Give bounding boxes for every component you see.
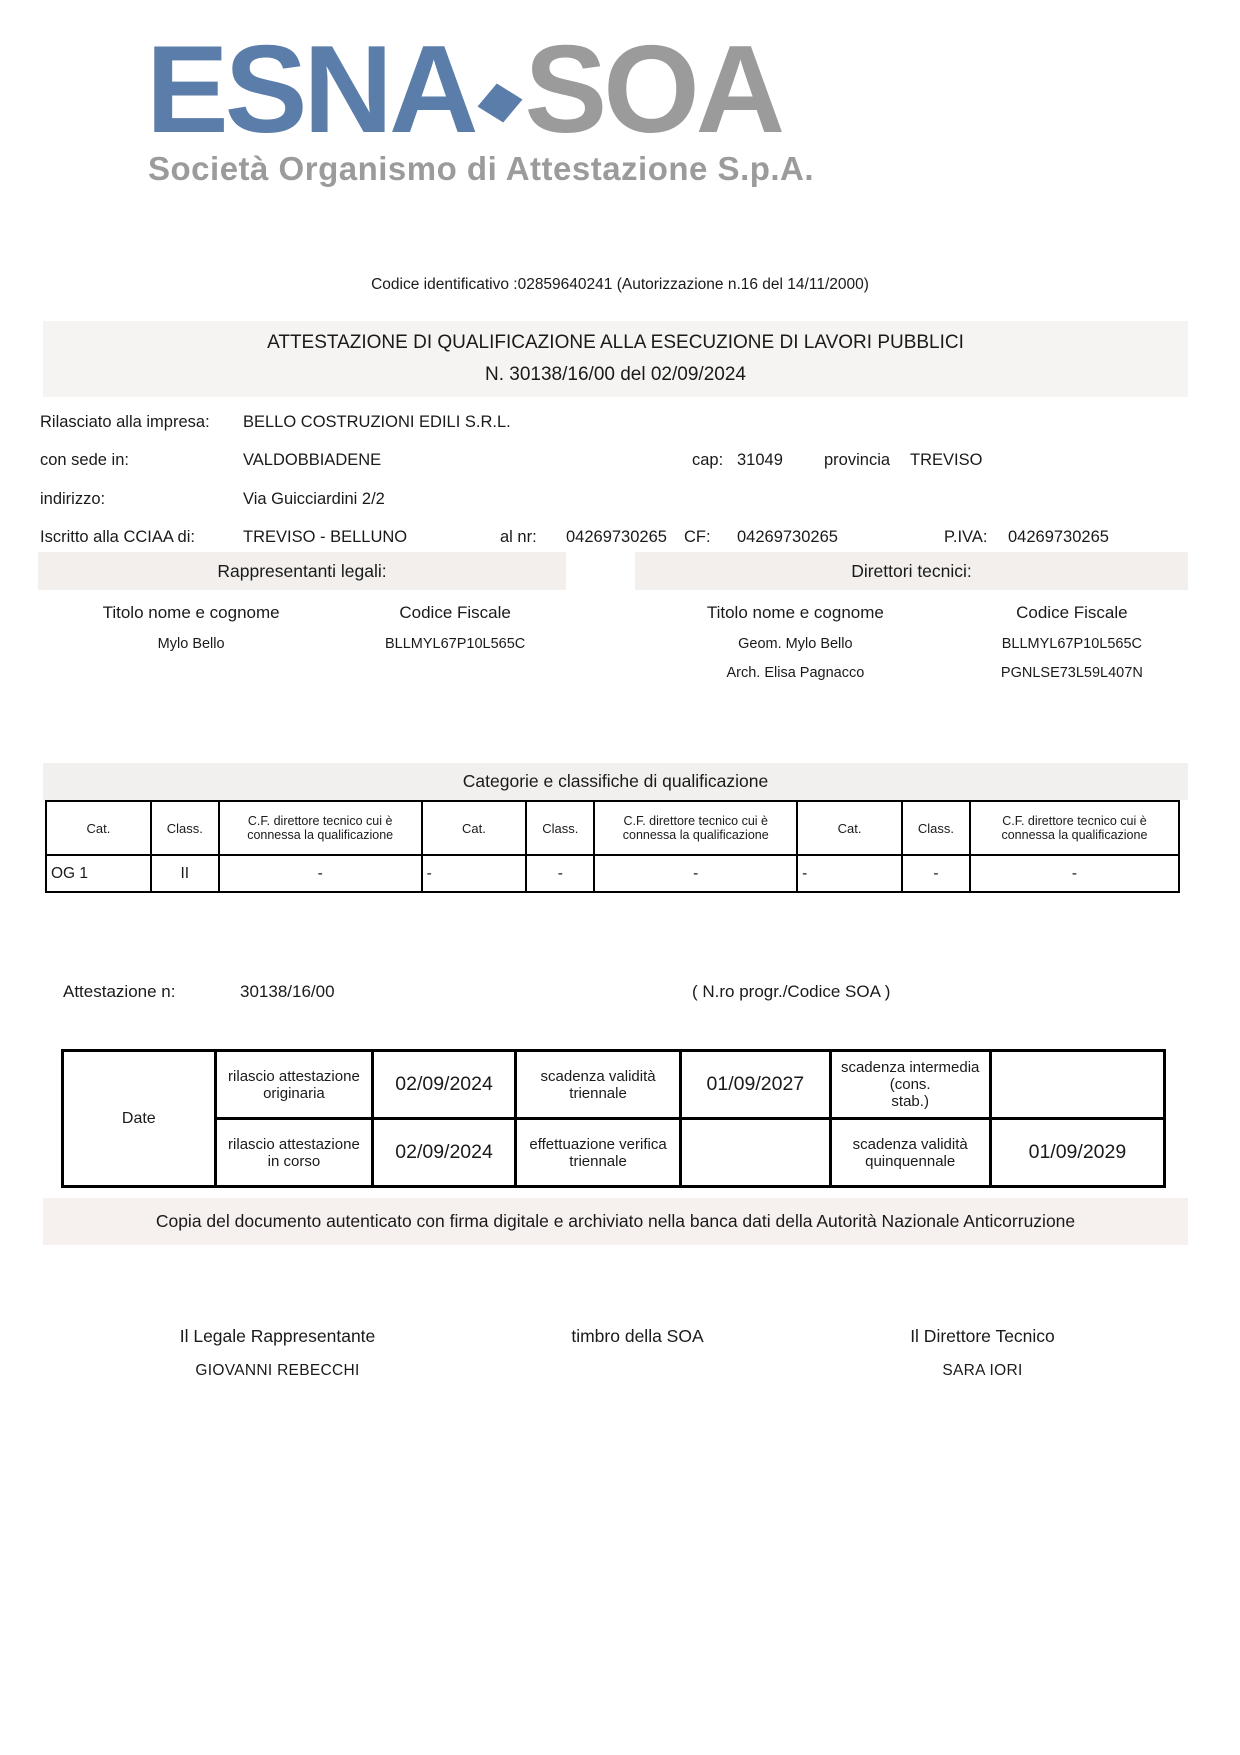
rilascio-originaria-date: 02/09/2024 (373, 1051, 516, 1119)
cat-value: OG 1 (46, 855, 151, 892)
header-class: Class. (526, 801, 594, 855)
dates-table: Date rilascio attestazione originaria 02… (61, 1049, 1166, 1188)
legal-rep-cf: BLLMYL67P10L565C (344, 636, 566, 652)
logo-text-gray: SOA (525, 21, 782, 159)
logo-subtitle: Società Organismo di Attestazione S.p.A. (148, 150, 814, 188)
cat-value: - (422, 855, 527, 892)
legal-reps-header: Rappresentanti legali: (38, 552, 566, 590)
cat-value: - (797, 855, 902, 892)
tech-directors-col-name: Titolo nome e cognome (635, 603, 956, 623)
dates-table-row: Date rilascio attestazione originaria 02… (63, 1051, 1165, 1119)
scadenza-triennale-date: 01/09/2027 (681, 1051, 830, 1119)
scadenza-quinquennale-date: 01/09/2029 (990, 1119, 1164, 1187)
codice-identificativo-line: Codice identificativo :02859640241 (Auto… (0, 276, 1240, 294)
legal-representatives-section: Rappresentanti legali: Titolo nome e cog… (38, 552, 566, 652)
header-cat: Cat. (422, 801, 527, 855)
scadenza-triennale-label: scadenza validità triennale (515, 1051, 680, 1119)
rilascio-in-corso-label: rilascio attestazione in corso (215, 1119, 373, 1187)
piva-value: 04269730265 (1008, 528, 1109, 547)
cciaa-value: TREVISO - BELLUNO (243, 528, 407, 547)
technical-director-signature-title: Il Direttore Tecnico (845, 1326, 1120, 1347)
attestation-title-band: ATTESTAZIONE DI QUALIFICAZIONE ALLA ESEC… (43, 321, 1188, 397)
tech-director-cf: PGNLSE73L59L407N (956, 665, 1188, 681)
categories-table: Cat. Class. C.F. direttore tecnico cui è… (45, 800, 1180, 893)
company-row-cciaa: Iscritto alla CCIAA di: TREVISO - BELLUN… (40, 528, 1200, 550)
attestation-number-value: 30138/16/00 (240, 982, 335, 1002)
class-value: - (902, 855, 970, 892)
rilascio-originaria-label: rilascio attestazione originaria (215, 1051, 373, 1119)
tech-director-cf: BLLMYL67P10L565C (956, 636, 1188, 652)
cap-label: cap: (692, 451, 723, 470)
verifica-triennale-date (681, 1119, 830, 1187)
legal-representative-signature-title: Il Legale Rappresentante (130, 1326, 425, 1347)
dates-row-header: Date (63, 1051, 216, 1187)
header-cat: Cat. (797, 801, 902, 855)
company-row-sede: con sede in: VALDOBBIADENE cap: 31049 pr… (40, 451, 1200, 473)
company-row-indirizzo: indirizzo: Via Guicciardini 2/2 (40, 490, 1200, 512)
tech-directors-column-headers: Titolo nome e cognome Codice Fiscale (635, 603, 1188, 623)
cciaa-label: Iscritto alla CCIAA di: (40, 528, 195, 547)
attestation-number-row: Attestazione n: 30138/16/00 ( N.ro progr… (0, 982, 1240, 1006)
soa-stamp-label: timbro della SOA (515, 1326, 760, 1347)
legal-rep-name: Mylo Bello (38, 636, 344, 652)
header-cf-direttore: C.F. direttore tecnico cui è connessa la… (219, 801, 422, 855)
diamond-hyphen-icon (477, 83, 522, 122)
scadenza-intermedia-label: scadenza intermedia (cons. stab.) (830, 1051, 990, 1119)
cf-value: 04269730265 (737, 528, 838, 547)
cap-value: 31049 (737, 451, 783, 470)
tech-directors-header: Direttori tecnici: (635, 552, 1188, 590)
header-class: Class. (902, 801, 970, 855)
legal-rep-row: Mylo Bello BLLMYL67P10L565C (38, 636, 566, 652)
tech-director-row: Geom. Mylo Bello BLLMYL67P10L565C (635, 636, 1188, 652)
piva-label: P.IVA: (944, 528, 987, 547)
legal-reps-col-name: Titolo nome e cognome (38, 603, 344, 623)
header-class: Class. (151, 801, 219, 855)
tech-director-name: Arch. Elisa Pagnacco (635, 665, 956, 681)
cf-label: CF: (684, 528, 711, 547)
provincia-label: provincia (824, 451, 890, 470)
header-cf-direttore: C.F. direttore tecnico cui è connessa la… (970, 801, 1179, 855)
sede-value: VALDOBBIADENE (243, 451, 381, 470)
rilascio-in-corso-date: 02/09/2024 (373, 1119, 516, 1187)
tech-directors-col-cf: Codice Fiscale (956, 603, 1188, 623)
scadenza-quinquennale-label: scadenza validità quinquennale (830, 1119, 990, 1187)
attestation-number-note: ( N.ro progr./Codice SOA ) (692, 982, 890, 1002)
impresa-value: BELLO COSTRUZIONI EDILI S.R.L. (243, 413, 511, 432)
class-value: - (526, 855, 594, 892)
legal-reps-col-cf: Codice Fiscale (344, 603, 566, 623)
cf-value: - (594, 855, 797, 892)
logo-text-blue: ESNA (146, 21, 475, 159)
class-value: II (151, 855, 219, 892)
company-row-impresa: Rilasciato alla impresa: BELLO COSTRUZIO… (40, 413, 1200, 435)
alnr-value: 04269730265 (566, 528, 667, 547)
indirizzo-value: Via Guicciardini 2/2 (243, 490, 385, 509)
tech-director-name: Geom. Mylo Bello (635, 636, 956, 652)
attestation-number-label: Attestazione n: (63, 982, 175, 1002)
legal-representative-signature-name: GIOVANNI REBECCHI (130, 1362, 425, 1380)
categories-table-header: Cat. Class. C.F. direttore tecnico cui è… (46, 801, 1179, 855)
header-cf-direttore: C.F. direttore tecnico cui è connessa la… (594, 801, 797, 855)
cf-value: - (219, 855, 422, 892)
cf-value: - (970, 855, 1179, 892)
categories-band: Categorie e classifiche di qualificazion… (43, 763, 1188, 800)
attestation-number-line: N. 30138/16/00 del 02/09/2024 (485, 364, 746, 386)
indirizzo-label: indirizzo: (40, 490, 105, 509)
sede-label: con sede in: (40, 451, 129, 470)
dates-table-row: rilascio attestazione in corso 02/09/202… (63, 1119, 1165, 1187)
soa-certificate-page: { "colors": { "logo_blue": "#5b7da9", "l… (0, 0, 1240, 1755)
categories-table-row: OG 1 II - - - - - - - (46, 855, 1179, 892)
header-cat: Cat. (46, 801, 151, 855)
digital-copy-notice-band: Copia del documento autenticato con firm… (43, 1198, 1188, 1245)
technical-director-signature-name: SARA IORI (845, 1362, 1120, 1380)
technical-directors-section: Direttori tecnici: Titolo nome e cognome… (635, 552, 1188, 681)
tech-director-row: Arch. Elisa Pagnacco PGNLSE73L59L407N (635, 665, 1188, 681)
scadenza-intermedia-date (990, 1051, 1164, 1119)
alnr-label: al nr: (500, 528, 537, 547)
company-logo: ESNASOA (146, 28, 781, 152)
provincia-value: TREVISO (910, 451, 982, 470)
legal-reps-column-headers: Titolo nome e cognome Codice Fiscale (38, 603, 566, 623)
impresa-label: Rilasciato alla impresa: (40, 413, 210, 432)
verifica-triennale-label: effettuazione verifica triennale (515, 1119, 680, 1187)
attestation-title: ATTESTAZIONE DI QUALIFICAZIONE ALLA ESEC… (267, 332, 964, 354)
